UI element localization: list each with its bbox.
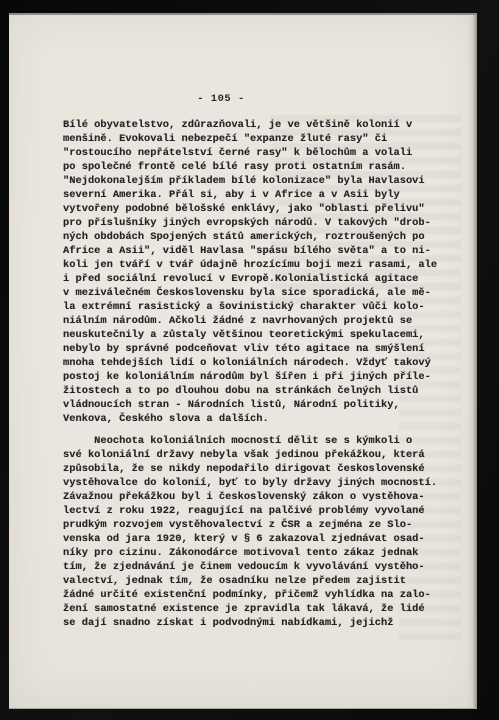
page-number: - 105 - <box>9 93 433 105</box>
page-edge-shadow <box>467 15 477 708</box>
scanner-background: - 105 - Bílé obyvatelstvo, zdůrazňovali,… <box>0 0 499 720</box>
document-page: - 105 - Bílé obyvatelstvo, zdůrazňovali,… <box>9 13 477 709</box>
paragraph-emigration-law: Neochota koloniálních mocností dělit se … <box>63 434 445 630</box>
page-body: Bílé obyvatelstvo, zdůrazňovali, je ve v… <box>63 118 445 630</box>
paragraph-colonial-agitation: Bílé obyvatelstvo, zdůrazňovali, je ve v… <box>63 118 445 426</box>
